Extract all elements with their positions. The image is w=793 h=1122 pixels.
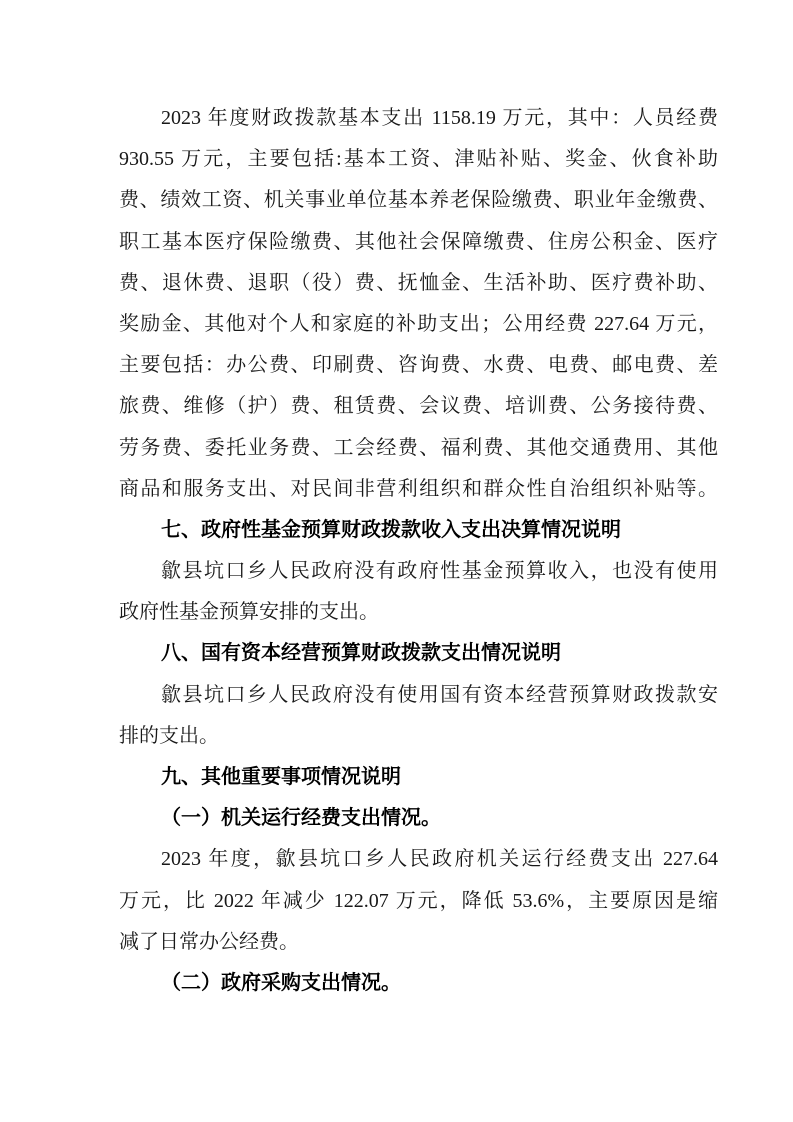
body-text-line: 费、绩效工资、机关事业单位基本养老保险缴费、职业年金缴费、 [119, 180, 718, 221]
body-text-line: 旅费、维修（护）费、租赁费、会议费、培训费、公务接待费、 [119, 386, 718, 427]
body-text-line: 减了日常办公经费。 [119, 922, 718, 963]
section-heading-8: 八、国有资本经营预算财政拨款支出情况说明 [119, 633, 718, 674]
body-text-line: 2023 年度财政拨款基本支出 1158.19 万元，其中：人员经费 [119, 98, 718, 139]
body-text-line: 政府性基金预算安排的支出。 [119, 592, 718, 633]
body-text-line: 歙县坑口乡人民政府没有政府性基金预算收入，也没有使用 [119, 551, 718, 592]
body-text-line: 歙县坑口乡人民政府没有使用国有资本经营预算财政拨款安 [119, 675, 718, 716]
body-text-line: 费、退休费、退职（役）费、抚恤金、生活补助、医疗费补助、 [119, 263, 718, 304]
body-text-line: 930.55 万元，主要包括:基本工资、津贴补贴、奖金、伙食补助 [119, 139, 718, 180]
section-heading-7: 七、政府性基金预算财政拨款收入支出决算情况说明 [119, 510, 718, 551]
section-heading-9: 九、其他重要事项情况说明 [119, 757, 718, 798]
body-text-line: 主要包括：办公费、印刷费、咨询费、水费、电费、邮电费、差 [119, 345, 718, 386]
page-content: 2023 年度财政拨款基本支出 1158.19 万元，其中：人员经费 930.5… [119, 98, 718, 1004]
body-text-line: 排的支出。 [119, 716, 718, 757]
body-text-line: 2023 年度，歙县坑口乡人民政府机关运行经费支出 227.64 [119, 839, 718, 880]
body-text-line: 商品和服务支出、对民间非营利组织和群众性自治组织补贴等。 [119, 469, 718, 510]
subsection-heading-1: （一）机关运行经费支出情况。 [119, 798, 718, 839]
body-text-line: 职工基本医疗保险缴费、其他社会保障缴费、住房公积金、医疗 [119, 222, 718, 263]
subsection-heading-2: （二）政府采购支出情况。 [119, 963, 718, 1004]
body-text-line: 劳务费、委托业务费、工会经费、福利费、其他交通费用、其他 [119, 428, 718, 469]
body-text-line: 万元，比 2022 年减少 122.07 万元，降低 53.6%，主要原因是缩 [119, 881, 718, 922]
body-text-line: 奖励金、其他对个人和家庭的补助支出；公用经费 227.64 万元， [119, 304, 718, 345]
document-page: 2023 年度财政拨款基本支出 1158.19 万元，其中：人员经费 930.5… [0, 0, 793, 1122]
